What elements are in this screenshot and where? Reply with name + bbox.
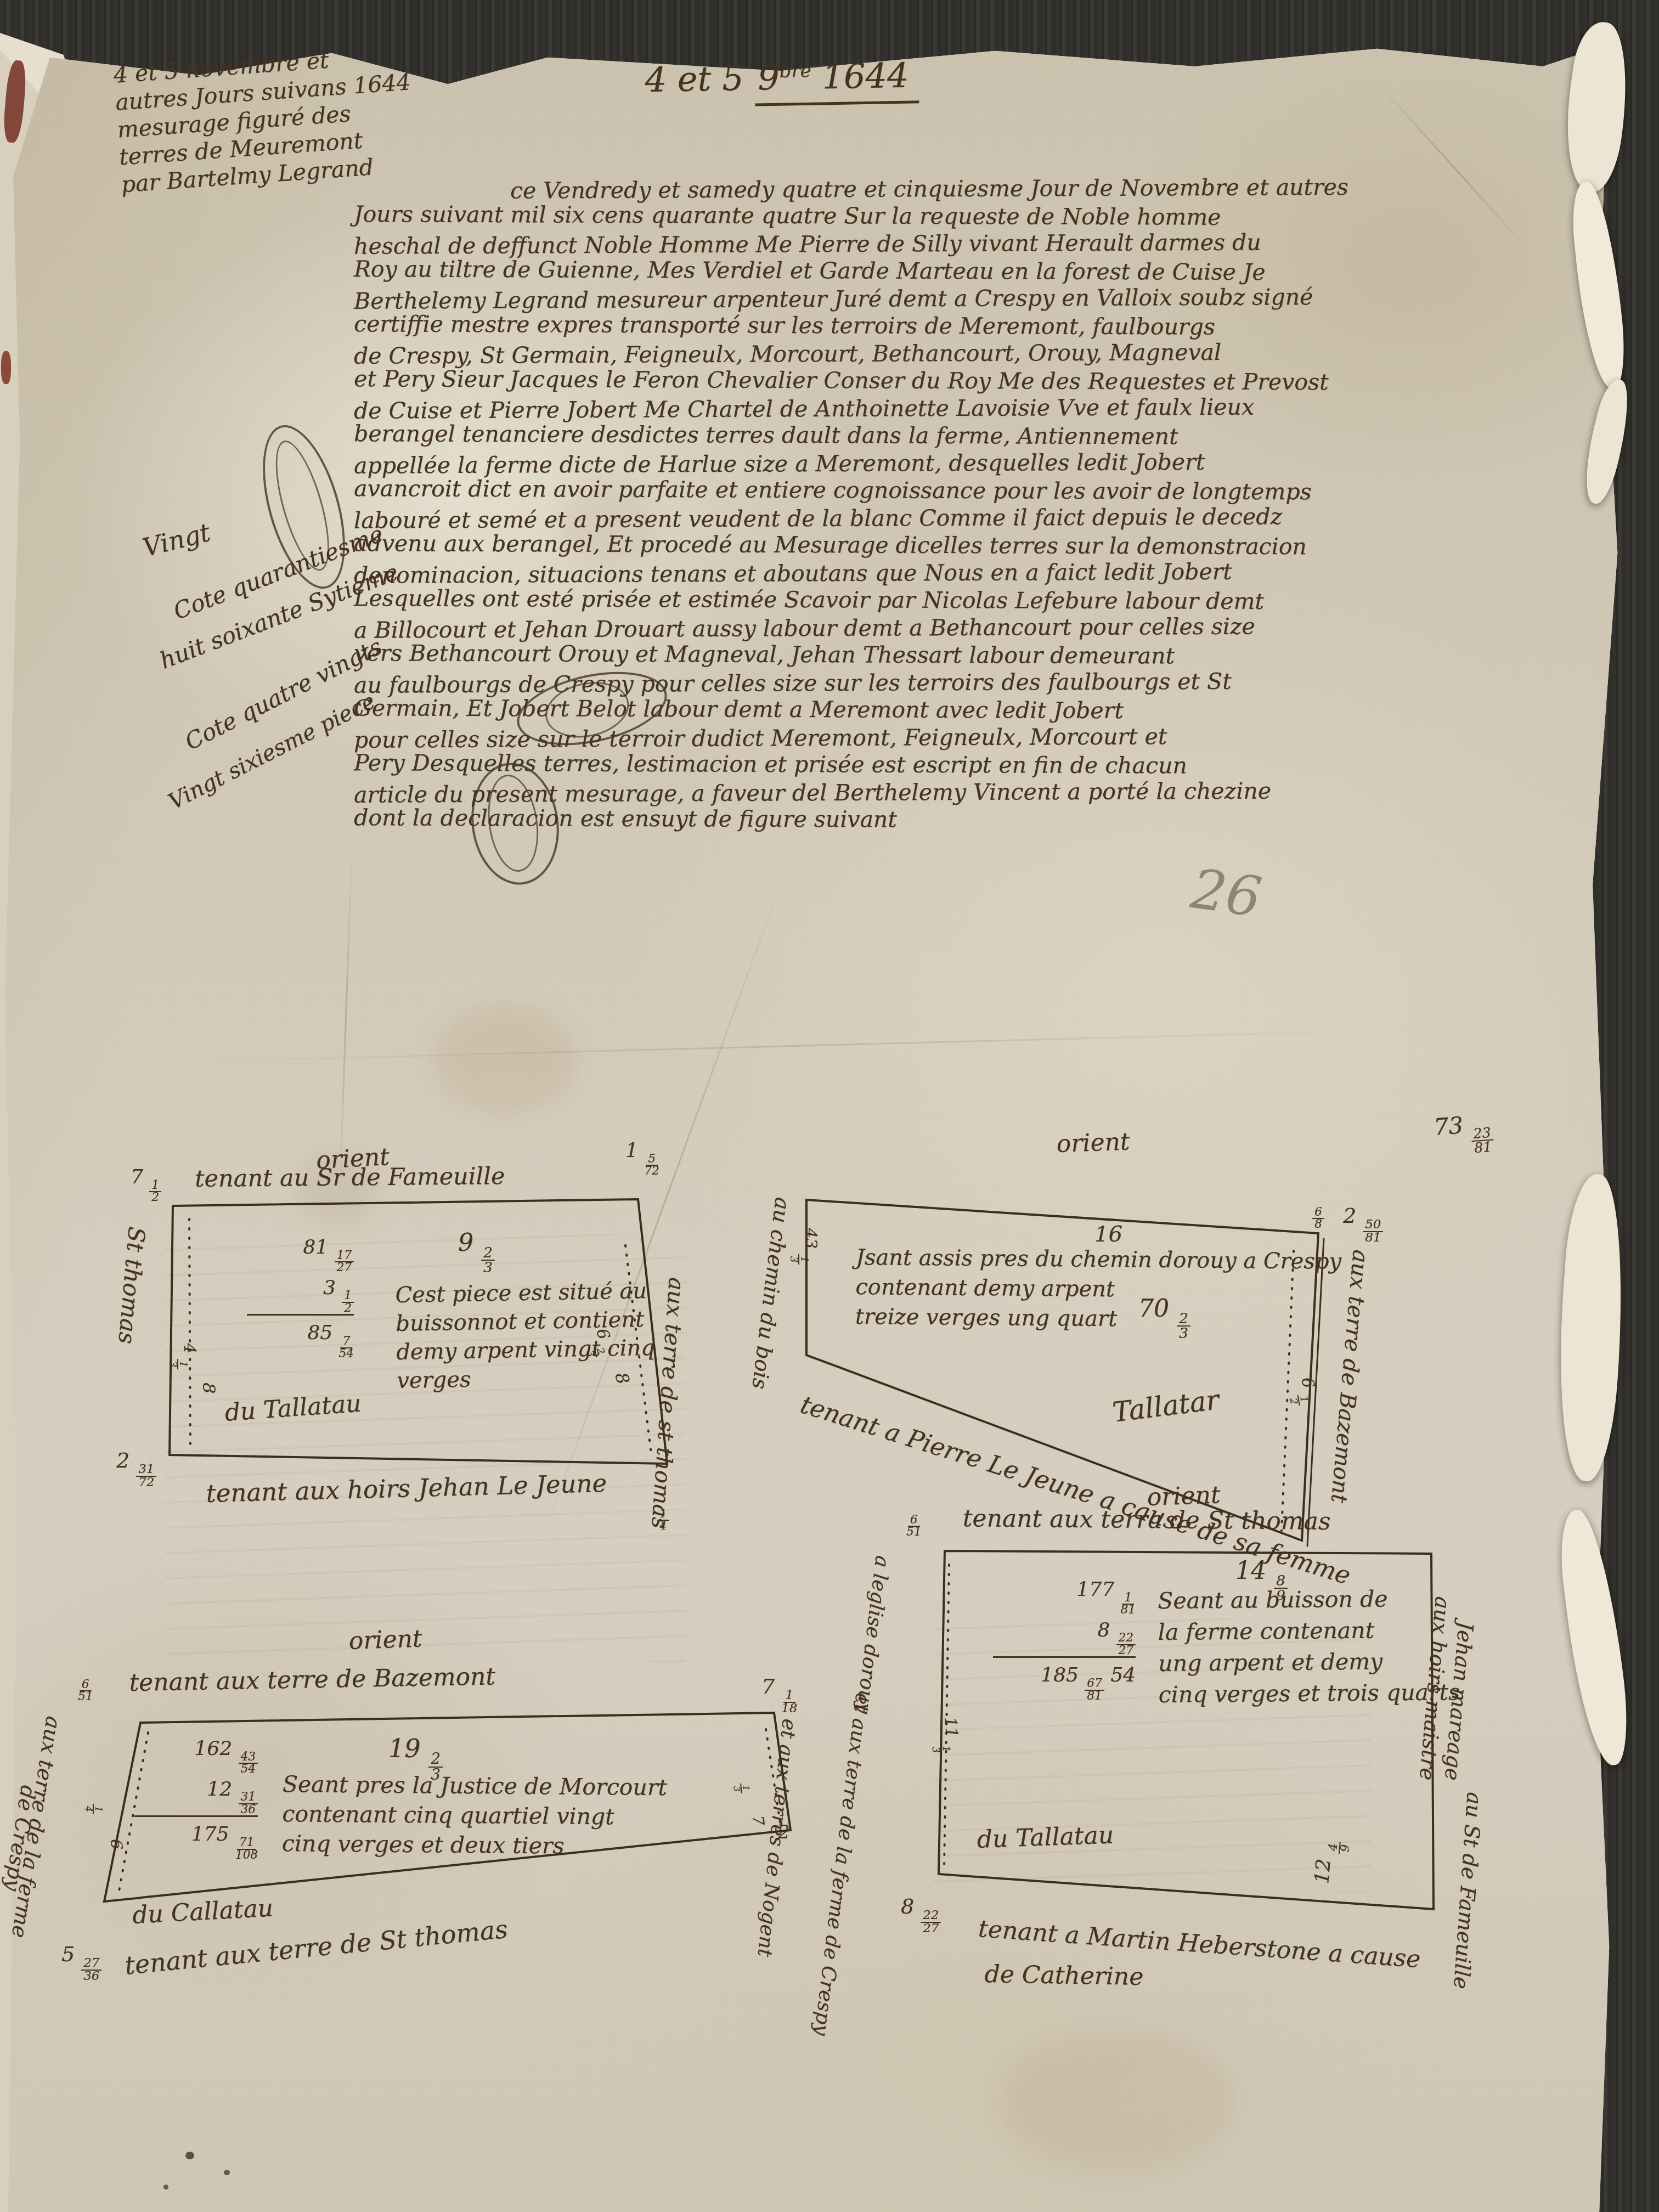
d4-calc-row: 8 2227	[993, 1616, 1136, 1657]
margin-date-note: 4 et 5 novembre etautres Jours suivans 1…	[112, 41, 417, 198]
body-line: Jours suivant mil six cens quarante quat…	[354, 202, 1550, 234]
d1-bottom-right-fraction: 14	[657, 1497, 669, 1531]
d3-calc-row: 175 71108	[134, 1815, 258, 1861]
red-edge-mark	[1, 351, 11, 384]
d4-calc-row: 177 181	[993, 1576, 1136, 1616]
body-line: certiffie mestre expres transporté sur l…	[354, 312, 1550, 343]
d4-description-line: ung arpent et demy	[1158, 1645, 1460, 1679]
d3-area-calculation: 162 435412 3136175 71108	[134, 1735, 258, 1861]
d3-description: Seant pres la Justice de Morcourtcontena…	[282, 1769, 668, 1861]
d4-inside-bottom-label: du Tallatau	[977, 1822, 1114, 1853]
d1-calc-row: 81 1727	[247, 1233, 354, 1274]
d3-calc-row: 162 4354	[134, 1735, 258, 1775]
d4-right-inner-fraction: 12 49	[1311, 1839, 1352, 1886]
d4-calc-row: 185 6781 54	[993, 1656, 1136, 1702]
d1-inner-top-number: 9 23	[458, 1230, 495, 1274]
title-day: 4 et 5	[645, 58, 744, 100]
ink-spot	[224, 2170, 230, 2175]
manuscript-photo: { "colors":{"ink":"#45321f","pencil":"#8…	[0, 0, 1659, 2212]
d3-left-inner-number: 6	[107, 1839, 125, 1849]
d3-corner-number: 2	[778, 1822, 790, 1843]
title-month-abbrev: bre	[779, 60, 811, 82]
d1-calc-row: 3 12	[247, 1274, 354, 1314]
title-month-year: 9bre 1644	[754, 55, 919, 106]
d2-orient-label: orient	[1056, 1128, 1130, 1158]
d4-bottom-left-fraction: 8 2227	[901, 1895, 941, 1935]
d2-inner-number: 70 23	[1138, 1296, 1190, 1340]
d2-description-line: Jsant assis pres du chemin dorouy a Cres…	[856, 1243, 1342, 1277]
d4-area-calculation: 177 1818 2227185 6781 54	[993, 1576, 1136, 1702]
d3-bottom-left-fraction: 5 2736	[61, 1943, 101, 1983]
d2-top-edge-number: 16	[1094, 1222, 1122, 1246]
d4-edge-bottom-label-2: de Catherine	[984, 1961, 1143, 1990]
d3-description-line: cinq verges et deux tiers	[282, 1829, 667, 1861]
d1-description-line: Cest piece est situé au	[395, 1277, 654, 1310]
body-line: avancroit dict en avoir parfaite et enti…	[354, 476, 1550, 508]
d2-top-right-fraction-b: 2 5081	[1343, 1205, 1383, 1244]
d4-edge-top-label: tenant aux terra de St thomas	[963, 1505, 1331, 1535]
d2-far-right-fraction: 73 2381	[1433, 1111, 1494, 1158]
body-line: Lesquelles ont esté prisée et estimée Sc…	[354, 586, 1550, 618]
d1-top-right-fraction: 1 572	[625, 1140, 659, 1177]
stain	[433, 1004, 576, 1114]
body-line: berangel tenanciere desdictes terres dau…	[354, 421, 1550, 453]
d4-left-inner-fraction: 11 13	[928, 1716, 962, 1756]
d4-description-line: cinq verges et trois quarts	[1158, 1677, 1460, 1711]
d2-description: Jsant assis pres du chemin dorouy a Cres…	[855, 1243, 1342, 1336]
body-line: vers Bethancourt Orouy et Magneval, Jeha…	[354, 641, 1550, 673]
folio-number-pencil: 26	[1188, 859, 1265, 928]
d3-top-left-fraction: 651	[78, 1666, 93, 1703]
d2-top-right-fraction-a: 68	[1312, 1193, 1324, 1231]
d3-calc-row: 12 3136	[134, 1775, 258, 1816]
d1-left-inner-fraction: 4 13	[168, 1343, 199, 1369]
body-line: et Pery Sieur Jacques le Feron Chevalier…	[354, 366, 1550, 398]
d2-left-inner-fraction: 43 13	[789, 1228, 820, 1265]
ink-spot	[185, 2152, 194, 2159]
d3-orient-label: orient	[348, 1626, 422, 1655]
d1-top-left-fraction: 7 12	[131, 1166, 161, 1204]
ink-spot	[163, 2185, 168, 2190]
d1-description-line: buissonnot et contient	[396, 1305, 654, 1338]
d1-bottom-left-fraction: 2 3172	[116, 1449, 156, 1489]
d4-description: Seant au buisson dela ferme contenantung…	[1158, 1583, 1460, 1711]
d3-top-right-fraction: 7 118	[761, 1675, 797, 1715]
d2-description-line: treize verges ung quart	[855, 1302, 1341, 1336]
d1-edge-top-label: tenant au Sr de Fameuille	[195, 1164, 505, 1192]
d4-description-line: Seant au buisson de	[1158, 1583, 1459, 1617]
title-month: 9	[758, 58, 780, 98]
d3-right-inner-number: 7	[749, 1815, 766, 1826]
d2-description-line: contenant demy arpent	[855, 1272, 1341, 1306]
title-year: 1644	[822, 55, 909, 97]
d1-area-calculation: 81 17273 1285 754	[247, 1233, 354, 1359]
d1-left-inner-number: 8	[199, 1383, 218, 1393]
d4-description-line: la ferme contenant	[1158, 1614, 1459, 1648]
d1-calc-row: 85 754	[247, 1314, 354, 1359]
d4-top-left-fraction: 651	[906, 1501, 921, 1538]
d2-right-inner-fraction: 6 12	[1285, 1376, 1321, 1407]
d3-description-line: Seant pres la Justice de Morcourt	[283, 1769, 668, 1802]
page-title-date: 4 et 5 9bre 1644	[645, 57, 919, 99]
d3-description-line: contenant cinq quartiel vingt	[282, 1799, 667, 1832]
body-line: advenu aux berangel, Et procedé au Mesur…	[354, 531, 1550, 563]
stain	[998, 2030, 1234, 2172]
body-line: Roy au tiltre de Guienne, Mes Verdiel et…	[354, 257, 1550, 289]
d3-left-inner-fraction: 14	[84, 1804, 113, 1814]
plot-outline-4	[900, 1498, 1492, 1937]
